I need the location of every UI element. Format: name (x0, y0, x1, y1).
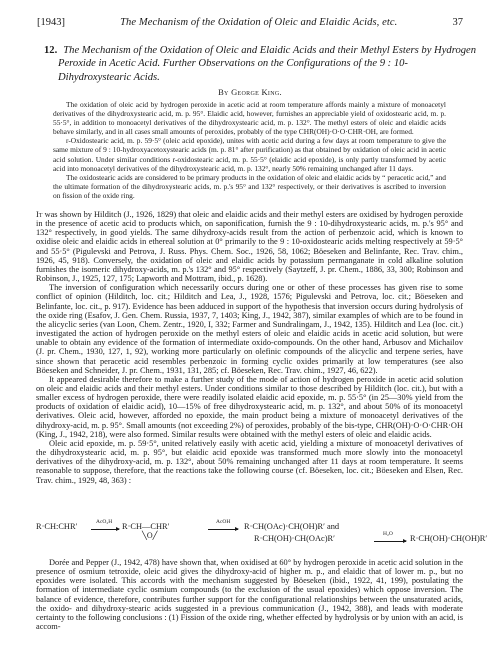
article-number: 12. (44, 45, 57, 56)
running-head-title: The Mechanism of the Oxidation of Oleic … (120, 17, 397, 28)
reaction-arrow-2-icon (208, 529, 238, 530)
epoxide-oxygen: ╲O╱ (142, 531, 157, 540)
body-paragraph-5: Dorée and Pepper (J., 1942, 478) have sh… (36, 558, 463, 631)
body-text: It was shown by Hilditch (J., 1926, 1829… (36, 210, 463, 485)
abstract-paragraph-3: The oxidostearic acids are considered to… (53, 173, 446, 200)
running-head-year: [1943] (37, 17, 65, 28)
reaction-scheme: R·CH:CHR′ AcO₂H R·CH—CHR′ ╲O╱ AcOH R·CH(… (36, 522, 463, 552)
body-paragraph-1-text: was shown by Hilditch (J., 1926, 1829) t… (36, 210, 463, 283)
abstract: The oxidation of oleic acid by hydrogen … (53, 100, 446, 200)
body-paragraph-3: It appeared desirable therefore to make … (36, 375, 463, 439)
body-text-continued: Dorée and Pepper (J., 1942, 478) have sh… (36, 558, 463, 631)
scheme-product-1: R·CH(OAc)·CH(OH)R′ and (244, 522, 339, 531)
article-title-text: The Mechanism of the Oxidation of Oleic … (58, 45, 476, 83)
scheme-final-product: R·CH(OH)·CH(OH)R′ (410, 534, 487, 543)
abstract-paragraph-1: The oxidation of oleic acid by hydrogen … (53, 100, 446, 136)
article-title: 12.The Mechanism of the Oxidation of Ole… (44, 44, 478, 84)
reaction-arrow-3-icon (374, 541, 406, 542)
journal-page: [1943] The Mechanism of the Oxidation of… (0, 0, 500, 672)
body-paragraph-4: Oleic acid epoxide, m. p. 59·5°, united … (36, 439, 463, 485)
body-paragraph-1: It was shown by Hilditch (J., 1926, 1829… (36, 210, 463, 283)
arrow-1-label: AcO₂H (96, 519, 112, 525)
scheme-epoxide: R·CH—CHR′ (122, 522, 169, 531)
arrow-2-label: AcOH (216, 519, 230, 525)
scheme-reactant: R·CH:CHR′ (36, 522, 77, 531)
body-paragraph-2: The inversion of configuration which nec… (36, 283, 463, 375)
epoxide-oxygen-label: O (147, 531, 153, 540)
byline: By George King. (0, 87, 500, 97)
abstract-paragraph-2: r-Oxidostearic acid, m. p. 59·5° (oleic … (53, 136, 446, 172)
scheme-product-2: R·CH(OH)·CH(OAc)R′ (254, 534, 335, 543)
reaction-arrow-1-icon (91, 529, 119, 530)
page-number: 37 (453, 17, 464, 28)
arrow-3-label: H₂O (383, 531, 393, 537)
running-head: [1943] The Mechanism of the Oxidation of… (37, 17, 463, 28)
